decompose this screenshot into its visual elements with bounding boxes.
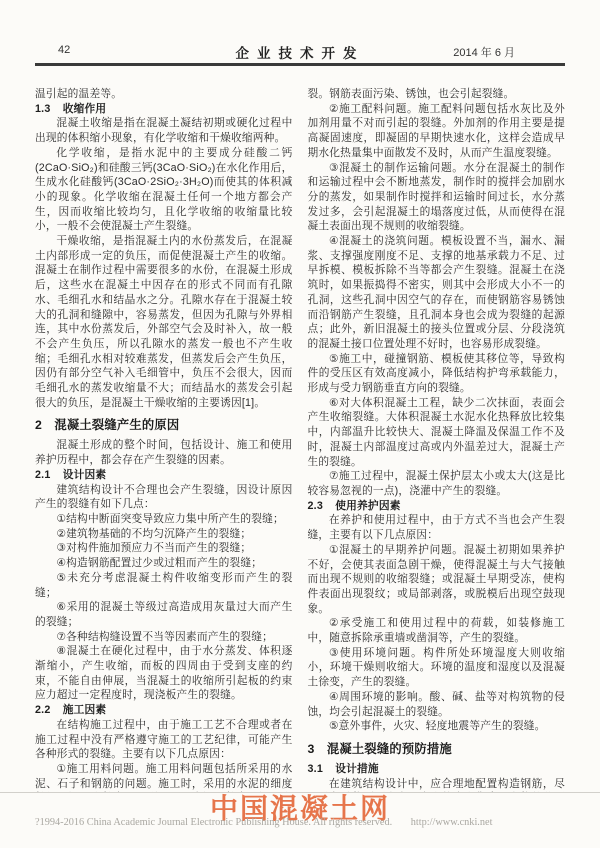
subsection-heading: 1.3收缩作用 (35, 102, 293, 117)
heading-number: 3 (308, 742, 315, 756)
left-column: 温引起的温差等。1.3收缩作用混凝土收缩是指在混凝土凝结初期或硬化过程中出现的体… (35, 87, 293, 793)
document-page: 42 企业技术开发 2014 年 6 月 温引起的温差等。1.3收缩作用混凝土收… (0, 0, 600, 848)
journal-header: 42 企业技术开发 2014 年 6 月 (35, 40, 565, 64)
paragraph: 在养护和使用过程中，由于方式不当也会产生裂缝，主要有以下几点原因： (308, 513, 566, 542)
paragraph: ⑤施工中，碰撞钢筋、模板使其移位等，导致构件的受压区有效高度减小，降低结构护弯承… (308, 352, 566, 396)
heading-number: 2.2 (35, 704, 50, 716)
heading-number: 2 (35, 418, 42, 432)
paragraph: ④混凝土的浇筑问题。模板设置不当，漏水、漏浆、支撑强度刚度不足、支撑的地基承载力… (308, 234, 566, 352)
heading-number: 3.1 (308, 763, 323, 775)
paragraph: 温引起的温差等。 (35, 87, 293, 102)
paragraph: 混凝土收缩是指在混凝土凝结初期或硬化过程中出现的体积缩小现象，有化学收缩和干燥收… (35, 116, 293, 145)
heading-number: 2.3 (308, 500, 323, 512)
paragraph: ④周围环境的影响。酸、碱、盐等对构筑物的侵蚀，均会引起混凝土的裂缝。 (308, 690, 566, 719)
paragraph: 在建筑结构设计中，应合理地配置构造钢筋，尽量避免结构断面突变而产生的应力集中，在… (308, 777, 566, 793)
paragraph: ⑦各种结构缝设置不当等因素而产生的裂缝； (35, 630, 293, 645)
paragraph: ⑤意外事件，火灾、轻度地震等产生的裂缝。 (308, 719, 566, 734)
paragraph: ④构造钢筋配置过少或过粗而产生的裂缝； (35, 556, 293, 571)
paragraph: ②施工配料问题。施工配料问题包括水灰比及外加剂用量不对而引起的裂缝。外加剂的作用… (308, 102, 566, 161)
article-columns: 温引起的温差等。1.3收缩作用混凝土收缩是指在混凝土凝结初期或硬化过程中出现的体… (35, 87, 565, 793)
subsection-heading: 2.1设计因素 (35, 468, 293, 483)
right-column: 裂。钢筋表面污染、锈蚀，也会引起裂缝。②施工配料问题。施工配料问题包括水灰比及外… (308, 87, 566, 793)
section-heading: 3混凝土裂缝的预防措施 (308, 741, 566, 757)
paragraph: ⑥对大体积混凝土工程，缺少二次抹面，表面会产生收缩裂缝。大体积混凝土水泥水化热释… (308, 396, 566, 470)
paragraph: 在结构施工过程中，由于施工工艺不合理或者在施工过程中没有严格遵守施工的工艺纪律，… (35, 718, 293, 762)
paragraph: 干燥收缩，是指混凝土内的水份蒸发后，在混凝土内部形成一定的负压，而促使混凝土产生… (35, 234, 293, 410)
paragraph: ③使用环境问题。构件所处环境湿度大则收缩小，环境干燥则收缩大。环境的温度和湿度以… (308, 646, 566, 690)
paragraph: ①混凝土的早期养护问题。混凝土初期如果养护不好，会使其表面急剧干燥，使得混凝土与… (308, 543, 566, 617)
paragraph: 混凝土形成的整个时间，包括设计、施工和使用养护历程中，都会存在产生裂缝的因素。 (35, 438, 293, 467)
cnki-url: http://www.cnki.net (411, 817, 493, 828)
header-rule (35, 63, 565, 66)
heading-number: 2.1 (35, 469, 50, 481)
copyright-text: ?1994-2016 China Academic Journal Electr… (35, 817, 392, 828)
paragraph: ⑧混凝土在硬化过程中，由于水分蒸发、体积逐渐缩小，产生收缩，而板的四周由于受到支… (35, 644, 293, 703)
scan-edge-line (0, 792, 600, 793)
paragraph: ③对构件施加预应力不当而产生的裂缝； (35, 541, 293, 556)
paragraph: ⑦施工过程中，混凝土保护层太小或太大(这是比较容易忽视的一点)，浇灌中产生的裂缝… (308, 469, 566, 498)
paragraph: ①结构中断面突变导致应力集中所产生的裂缝； (35, 512, 293, 527)
paragraph: ⑤未充分考虑混凝土构件收缩变形而产生的裂缝； (35, 571, 293, 600)
subsection-heading: 2.2施工因素 (35, 703, 293, 718)
paragraph: 建筑结构设计不合理也会产生裂缝，因设计原因产生的裂缝有如下几点： (35, 483, 293, 512)
paragraph: ③混凝土的制作运输问题。水分在混凝土的制作和运输过程中会不断地蒸发，制作时的搅拌… (308, 161, 566, 235)
paragraph: 化学收缩，是指水泥中的主要成分硅酸二钙(2CaO·SiO₂)和硅酸三钙(3CaO… (35, 146, 293, 234)
paragraph: ①施工用料问题。施工用料问题包括所采用的水泥、石子和钢筋的问题。施工时，采用的水… (35, 762, 293, 793)
subsection-heading: 3.1设计措施 (308, 762, 566, 777)
paragraph: 裂。钢筋表面污染、锈蚀，也会引起裂缝。 (308, 87, 566, 102)
paragraph: ②承受施工和使用过程中的荷载，如装修施工中，随意拆除承重墙或凿洞等，产生的裂缝。 (308, 616, 566, 645)
subsection-heading: 2.3使用养护因素 (308, 499, 566, 514)
page-footer: ?1994-2016 China Academic Journal Electr… (35, 817, 580, 828)
paragraph: ⑥采用的混凝土等级过高造成用灰量过大而产生的裂缝； (35, 600, 293, 629)
paragraph: ②建筑物基础的不均匀沉降产生的裂缝； (35, 527, 293, 542)
section-heading: 2混凝土裂缝产生的原因 (35, 417, 293, 433)
heading-number: 1.3 (35, 103, 50, 115)
issue-date: 2014 年 6 月 (453, 44, 515, 60)
